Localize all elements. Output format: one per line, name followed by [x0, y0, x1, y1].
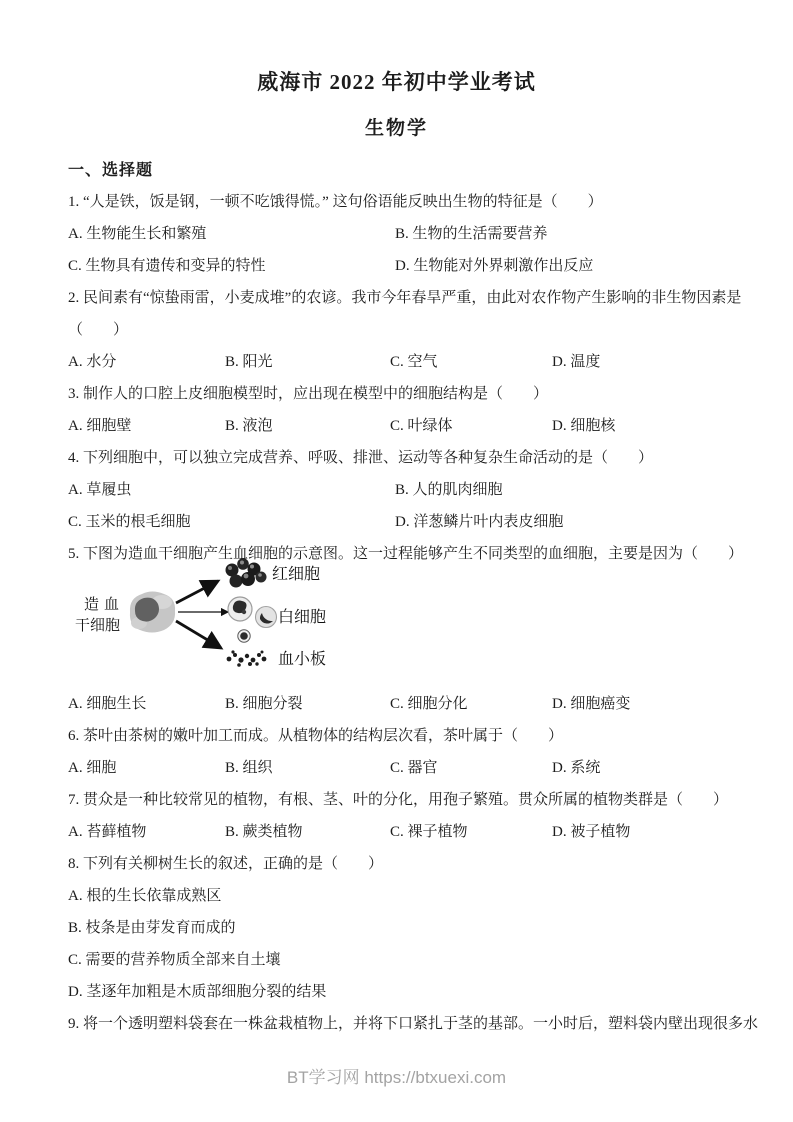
- white-blood-cells-icon: [228, 597, 277, 642]
- option-item: B. 生物的生活需要营养: [395, 222, 760, 243]
- exam-paper-page: 威海市 2022 年初中学业考试 生物学 一、选择题 1. “人是铁，饭是钢，一…: [0, 0, 793, 1122]
- question-3-stem: 3. 制作人的口腔上皮细胞模型时，应出现在模型中的细胞结构是（ ）: [68, 376, 760, 408]
- option-item: C. 器官: [390, 756, 552, 777]
- option-item: D. 温度: [552, 350, 760, 371]
- option-item: A. 细胞: [68, 756, 225, 777]
- option-item: A. 生物能生长和繁殖: [68, 222, 395, 243]
- question-5-figure: 造血 干细胞: [68, 568, 760, 686]
- question-4-stem: 4. 下列细胞中，可以独立完成营养、呼吸、排泄、运动等各种复杂生命活动的是（ ）: [68, 440, 760, 472]
- option-item: A. 细胞壁: [68, 414, 225, 435]
- option-item: C. 叶绿体: [390, 414, 552, 435]
- question-1-options-row-2: C. 生物具有遗传和变异的特性 D. 生物能对外界刺激作出反应: [68, 248, 760, 280]
- option-item: D. 生物能对外界刺激作出反应: [395, 254, 760, 275]
- option-item: A. 水分: [68, 350, 225, 371]
- question-7-stem: 7. 贯众是一种比较常见的植物，有根、茎、叶的分化，用孢子繁殖。贯众所属的植物类…: [68, 782, 760, 814]
- question-1-stem: 1. “人是铁，饭是钢，一顿不吃饿得慌。” 这句俗语能反映出生物的特征是（ ）: [68, 184, 760, 216]
- white-blood-cell-label: 白细胞: [278, 608, 326, 626]
- question-3-options-row: A. 细胞壁 B. 液泡 C. 叶绿体 D. 细胞核: [68, 408, 760, 440]
- option-item: B. 液泡: [225, 414, 390, 435]
- watermark-text: BT学习网 https://btxuexi.com: [0, 1063, 793, 1088]
- stem-cell-icon: [130, 592, 175, 633]
- option-item: A. 苔藓植物: [68, 820, 225, 841]
- option-item: C. 玉米的根毛细胞: [68, 510, 395, 531]
- stem-cell-label-line1: 造血: [84, 596, 124, 613]
- blood-cell-diagram: 造血 干细胞: [72, 556, 356, 682]
- red-blood-cells-icon: [226, 558, 267, 587]
- option-item: C. 空气: [390, 350, 552, 371]
- question-4-options-row-1: A. 草履虫 B. 人的肌肉细胞: [68, 472, 760, 504]
- option-item: D. 细胞核: [552, 414, 760, 435]
- option-item: B. 枝条是由芽发育而成的: [68, 910, 760, 942]
- question-6-stem: 6. 茶叶由茶树的嫩叶加工而成。从植物体的结构层次看，茶叶属于（ ）: [68, 718, 760, 750]
- option-item: A. 草履虫: [68, 478, 395, 499]
- question-2-stem: 2. 民间素有“惊蛰雨雷，小麦成堆”的农谚。我市今年春旱严重，由此对农作物产生影…: [68, 280, 760, 312]
- question-1-options-row-1: A. 生物能生长和繁殖 B. 生物的生活需要营养: [68, 216, 760, 248]
- question-7-options-row: A. 苔藓植物 B. 蕨类植物 C. 裸子植物 D. 被子植物: [68, 814, 760, 846]
- option-item: C. 细胞分化: [390, 692, 552, 713]
- option-item: B. 组织: [225, 756, 390, 777]
- platelets-icon: [227, 650, 267, 666]
- option-item: B. 细胞分裂: [225, 692, 390, 713]
- option-item: A. 根的生长依靠成熟区: [68, 878, 760, 910]
- question-2-stem-continuation: （ ）: [68, 312, 760, 344]
- option-item: D. 细胞癌变: [552, 692, 760, 713]
- question-6-options-row: A. 细胞 B. 组织 C. 器官 D. 系统: [68, 750, 760, 782]
- option-item: D. 系统: [552, 756, 760, 777]
- differentiation-arrows: [176, 581, 228, 648]
- option-item: B. 阳光: [225, 350, 390, 371]
- stem-cell-label-line2: 干细胞: [75, 617, 120, 634]
- platelet-label: 血小板: [278, 650, 326, 668]
- exam-title: 威海市 2022 年初中学业考试: [0, 66, 793, 96]
- section-header: 一、选择题: [68, 152, 760, 184]
- option-item: D. 洋葱鳞片叶内表皮细胞: [395, 510, 760, 531]
- question-5-options-row: A. 细胞生长 B. 细胞分裂 C. 细胞分化 D. 细胞癌变: [68, 686, 760, 718]
- red-blood-cell-label: 红细胞: [272, 565, 320, 583]
- option-item: C. 需要的营养物质全部来自土壤: [68, 942, 760, 974]
- question-2-options-row: A. 水分 B. 阳光 C. 空气 D. 温度: [68, 344, 760, 376]
- option-item: B. 蕨类植物: [225, 820, 390, 841]
- option-item: C. 裸子植物: [390, 820, 552, 841]
- option-item: C. 生物具有遗传和变异的特性: [68, 254, 395, 275]
- exam-subtitle: 生物学: [0, 113, 793, 140]
- option-item: B. 人的肌肉细胞: [395, 478, 760, 499]
- question-9-stem: 9. 将一个透明塑料袋套在一株盆栽植物上，并将下口紧扎于茎的基部。一小时后，塑料…: [68, 1006, 760, 1038]
- option-item: A. 细胞生长: [68, 692, 225, 713]
- option-item: D. 被子植物: [552, 820, 760, 841]
- option-item: D. 茎逐年加粗是木质部细胞分裂的结果: [68, 974, 760, 1006]
- question-8-stem: 8. 下列有关柳树生长的叙述，正确的是（ ）: [68, 846, 760, 878]
- question-4-options-row-2: C. 玉米的根毛细胞 D. 洋葱鳞片叶内表皮细胞: [68, 504, 760, 536]
- exam-content: 一、选择题 1. “人是铁，饭是钢，一顿不吃饿得慌。” 这句俗语能反映出生物的特…: [68, 152, 760, 1038]
